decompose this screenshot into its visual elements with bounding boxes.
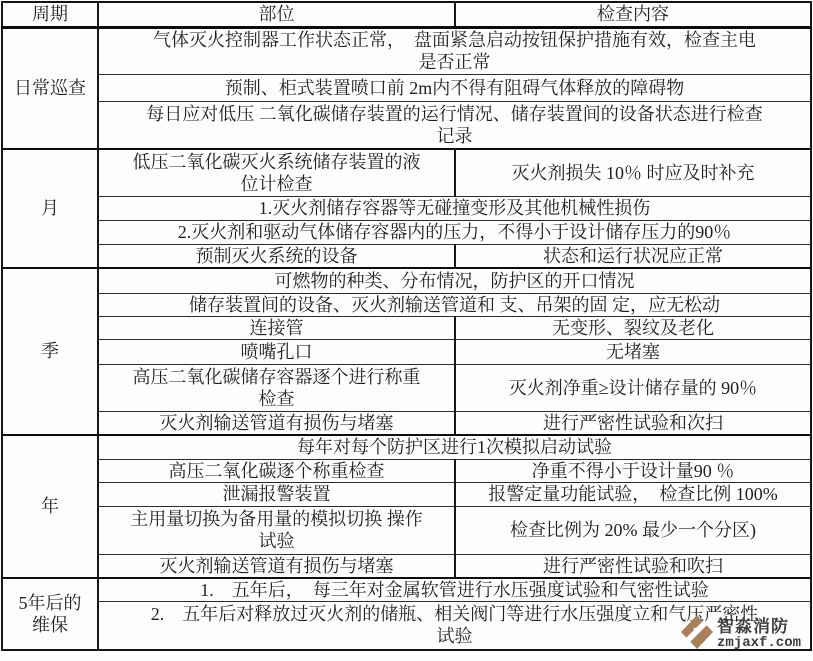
- header-content: 检查内容: [455, 2, 811, 27]
- table-row: 预制、柜式装置喷口前 2m内不得有阻碍气体释放的障碍物: [2, 74, 811, 101]
- content-cell: 报警定量功能试验， 检查比例 100%: [455, 482, 811, 506]
- part-cell: 灭火剂输送管道有损伤与堵塞: [98, 554, 455, 578]
- table-row: 1.灭火剂储存容器等无碰撞变形及其他机械性损伤: [2, 196, 811, 220]
- table-row: 储存装置间的设备、灭火剂输送管道和 支、吊架的固 定，应无松动: [2, 294, 811, 317]
- merged-cell: 储存装置间的设备、灭火剂输送管道和 支、吊架的固 定，应无松动: [98, 294, 811, 317]
- merged-cell: 2.灭火剂和驱动气体储存容器内的压力，不得小于设计储存压力的90％: [98, 220, 811, 244]
- period-cell-daily: 日常巡查: [2, 27, 98, 149]
- merged-cell: 气体灭火控制器工作状态正常， 盘面紧急启动按钮保护措施有效，检查主电 是否正常: [98, 27, 811, 74]
- inspection-table: 周期 部位 检查内容 日常巡查 气体灭火控制器工作状态正常， 盘面紧急启动按钮保…: [1, 1, 812, 651]
- table-row: 季 可燃物的种类、分布情况，防护区的开口情况: [2, 268, 811, 294]
- merged-cell: 每年对每个防护区进行1次模拟启动试验: [98, 435, 811, 459]
- table-row: 5年后的 维保 1. 五年后， 每三年对金属软管进行水压强度试验和气密性试验: [2, 578, 811, 602]
- period-cell-quarter: 季: [2, 268, 98, 436]
- table-row: 日常巡查 气体灭火控制器工作状态正常， 盘面紧急启动按钮保护措施有效，检查主电 …: [2, 27, 811, 74]
- watermark: 智淼消防 zmjaxf.com: [680, 614, 801, 655]
- part-cell: 预制灭火系统的设备: [98, 244, 455, 268]
- content-cell: 进行严密性试验和吹扫: [455, 554, 811, 578]
- merged-cell: 1.灭火剂储存容器等无碰撞变形及其他机械性损伤: [98, 196, 811, 220]
- table-row: 高压二氧化碳逐个称重检查 净重不得小于设计量90 ％: [2, 459, 811, 482]
- watermark-brand: 智淼消防: [717, 618, 789, 636]
- table-row: 每日应对低压 二氧化碳储存装置的运行情况、储存装置间的设备状态进行检查 记录: [2, 101, 811, 149]
- content-cell: 检查比例为 20% 最少一个分区): [455, 506, 811, 554]
- content-cell: 状态和运行状况应正常: [455, 244, 811, 268]
- table-row: 灭火剂输送管道有损伤与堵塞 进行严密性试验和吹扫: [2, 554, 811, 578]
- table-row: 高压二氧化碳储存容器逐个进行称重 检查 灭火剂净重≥设计储存量的 90％: [2, 365, 811, 412]
- merged-cell: 每日应对低压 二氧化碳储存装置的运行情况、储存装置间的设备状态进行检查 记录: [98, 101, 811, 149]
- period-cell-5year: 5年后的 维保: [2, 578, 98, 650]
- part-cell: 高压二氧化碳逐个称重检查: [98, 459, 455, 482]
- part-cell: 喷嘴孔口: [98, 340, 455, 365]
- header-period: 周期: [2, 2, 98, 27]
- table-header-row: 周期 部位 检查内容: [2, 2, 811, 27]
- scanned-document-page: 周期 部位 检查内容 日常巡查 气体灭火控制器工作状态正常， 盘面紧急启动按钮保…: [0, 0, 813, 661]
- content-cell: 灭火剂损失 10％ 时应及时补充: [455, 149, 811, 196]
- table-row: 月 低压二氧化碳灭火系统储存装置的液 位计检查 灭火剂损失 10％ 时应及时补充: [2, 149, 811, 196]
- watermark-site: zmjaxf.com: [717, 636, 801, 651]
- period-cell-year: 年: [2, 435, 98, 578]
- part-cell: 低压二氧化碳灭火系统储存装置的液 位计检查: [98, 149, 455, 196]
- merged-cell: 1. 五年后， 每三年对金属软管进行水压强度试验和气密性试验: [98, 578, 811, 602]
- period-cell-month: 月: [2, 149, 98, 268]
- table-row: 灭火剂输送管道有损伤与堵塞 进行严密性试验和次扫: [2, 412, 811, 436]
- content-cell: 进行严密性试验和次扫: [455, 412, 811, 436]
- table-row: 2.灭火剂和驱动气体储存容器内的压力，不得小于设计储存压力的90％: [2, 220, 811, 244]
- part-cell: 灭火剂输送管道有损伤与堵塞: [98, 412, 455, 436]
- brand-logo-icon: [680, 614, 714, 655]
- table-row: 泄漏报警装置 报警定量功能试验， 检查比例 100%: [2, 482, 811, 506]
- content-cell: 无堵塞: [455, 340, 811, 365]
- content-cell: 净重不得小于设计量90 ％: [455, 459, 811, 482]
- table-row: 连接管 无变形、裂纹及老化: [2, 317, 811, 340]
- part-cell: 主用量切换为备用量的模拟切换 操作 试验: [98, 506, 455, 554]
- content-cell: 灭火剂净重≥设计储存量的 90％: [455, 365, 811, 412]
- header-part: 部位: [98, 2, 455, 27]
- content-cell: 无变形、裂纹及老化: [455, 317, 811, 340]
- table-row: 主用量切换为备用量的模拟切换 操作 试验 检查比例为 20% 最少一个分区): [2, 506, 811, 554]
- merged-cell: 可燃物的种类、分布情况，防护区的开口情况: [98, 268, 811, 294]
- part-cell: 连接管: [98, 317, 455, 340]
- part-cell: 高压二氧化碳储存容器逐个进行称重 检查: [98, 365, 455, 412]
- part-cell: 泄漏报警装置: [98, 482, 455, 506]
- table-row: 喷嘴孔口 无堵塞: [2, 340, 811, 365]
- table-row: 预制灭火系统的设备 状态和运行状况应正常: [2, 244, 811, 268]
- table-row: 年 每年对每个防护区进行1次模拟启动试验: [2, 435, 811, 459]
- merged-cell: 预制、柜式装置喷口前 2m内不得有阻碍气体释放的障碍物: [98, 74, 811, 101]
